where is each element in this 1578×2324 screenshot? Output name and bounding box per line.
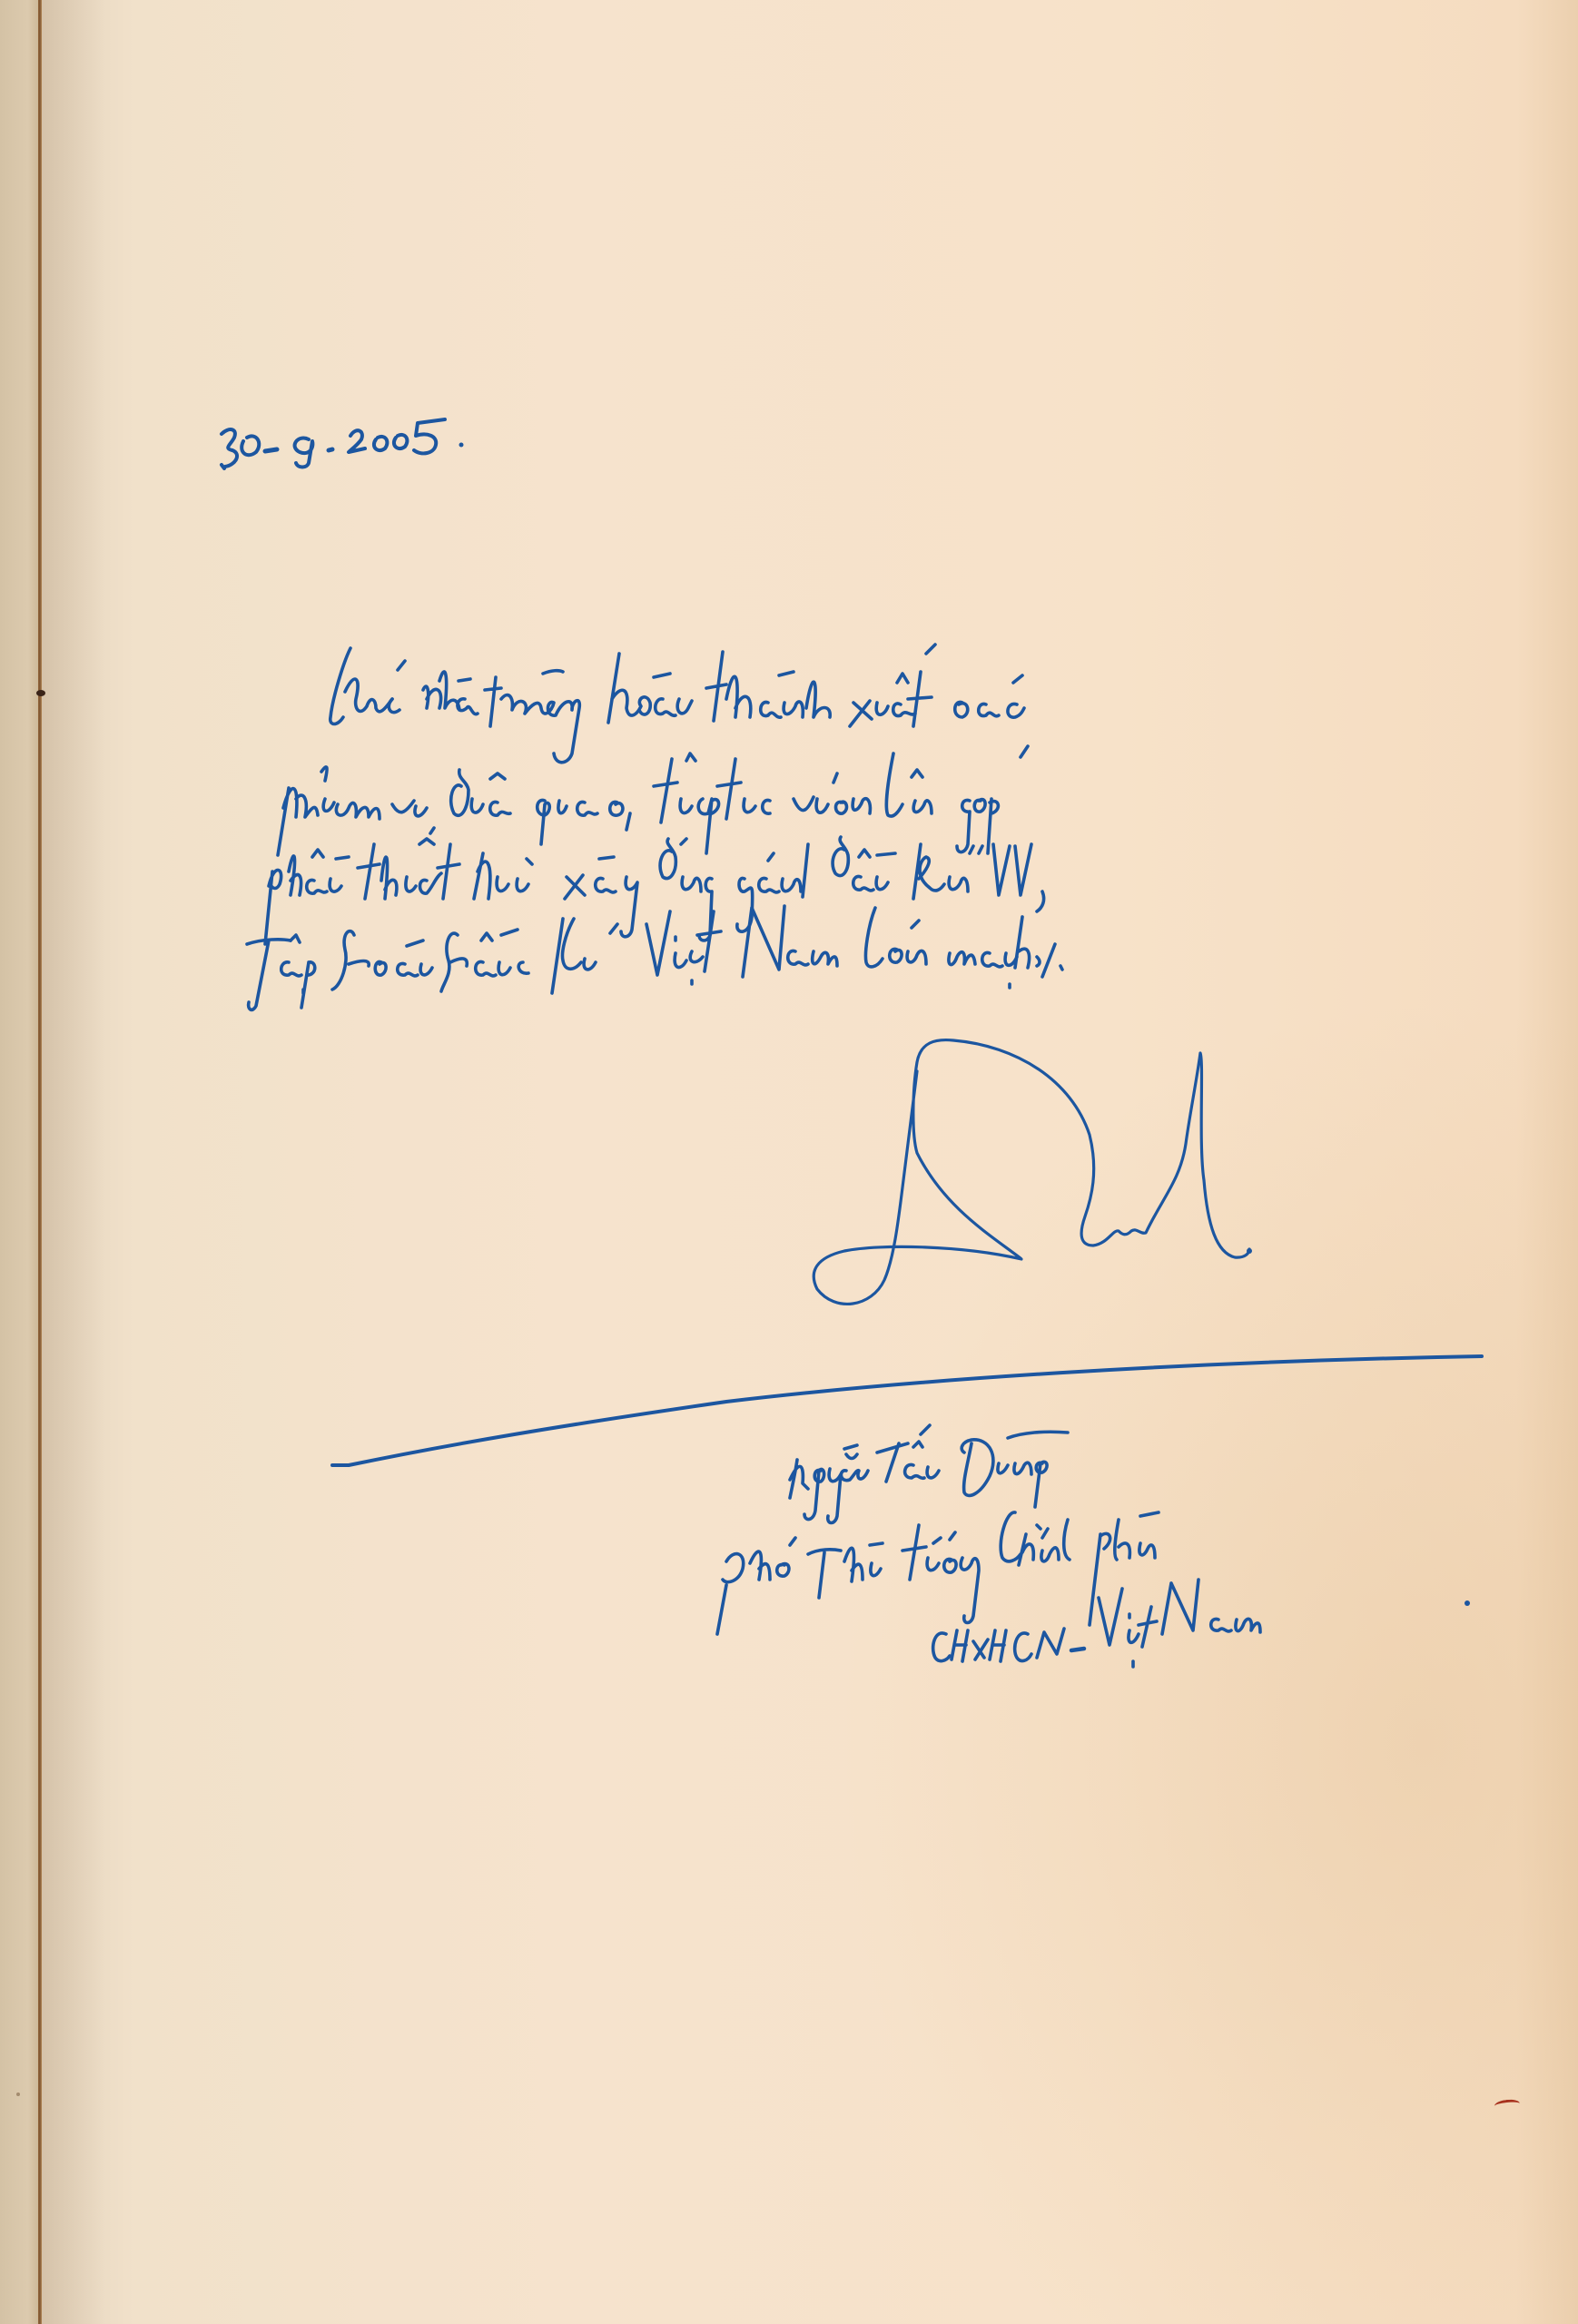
handwriting-layer xyxy=(0,0,1578,2324)
